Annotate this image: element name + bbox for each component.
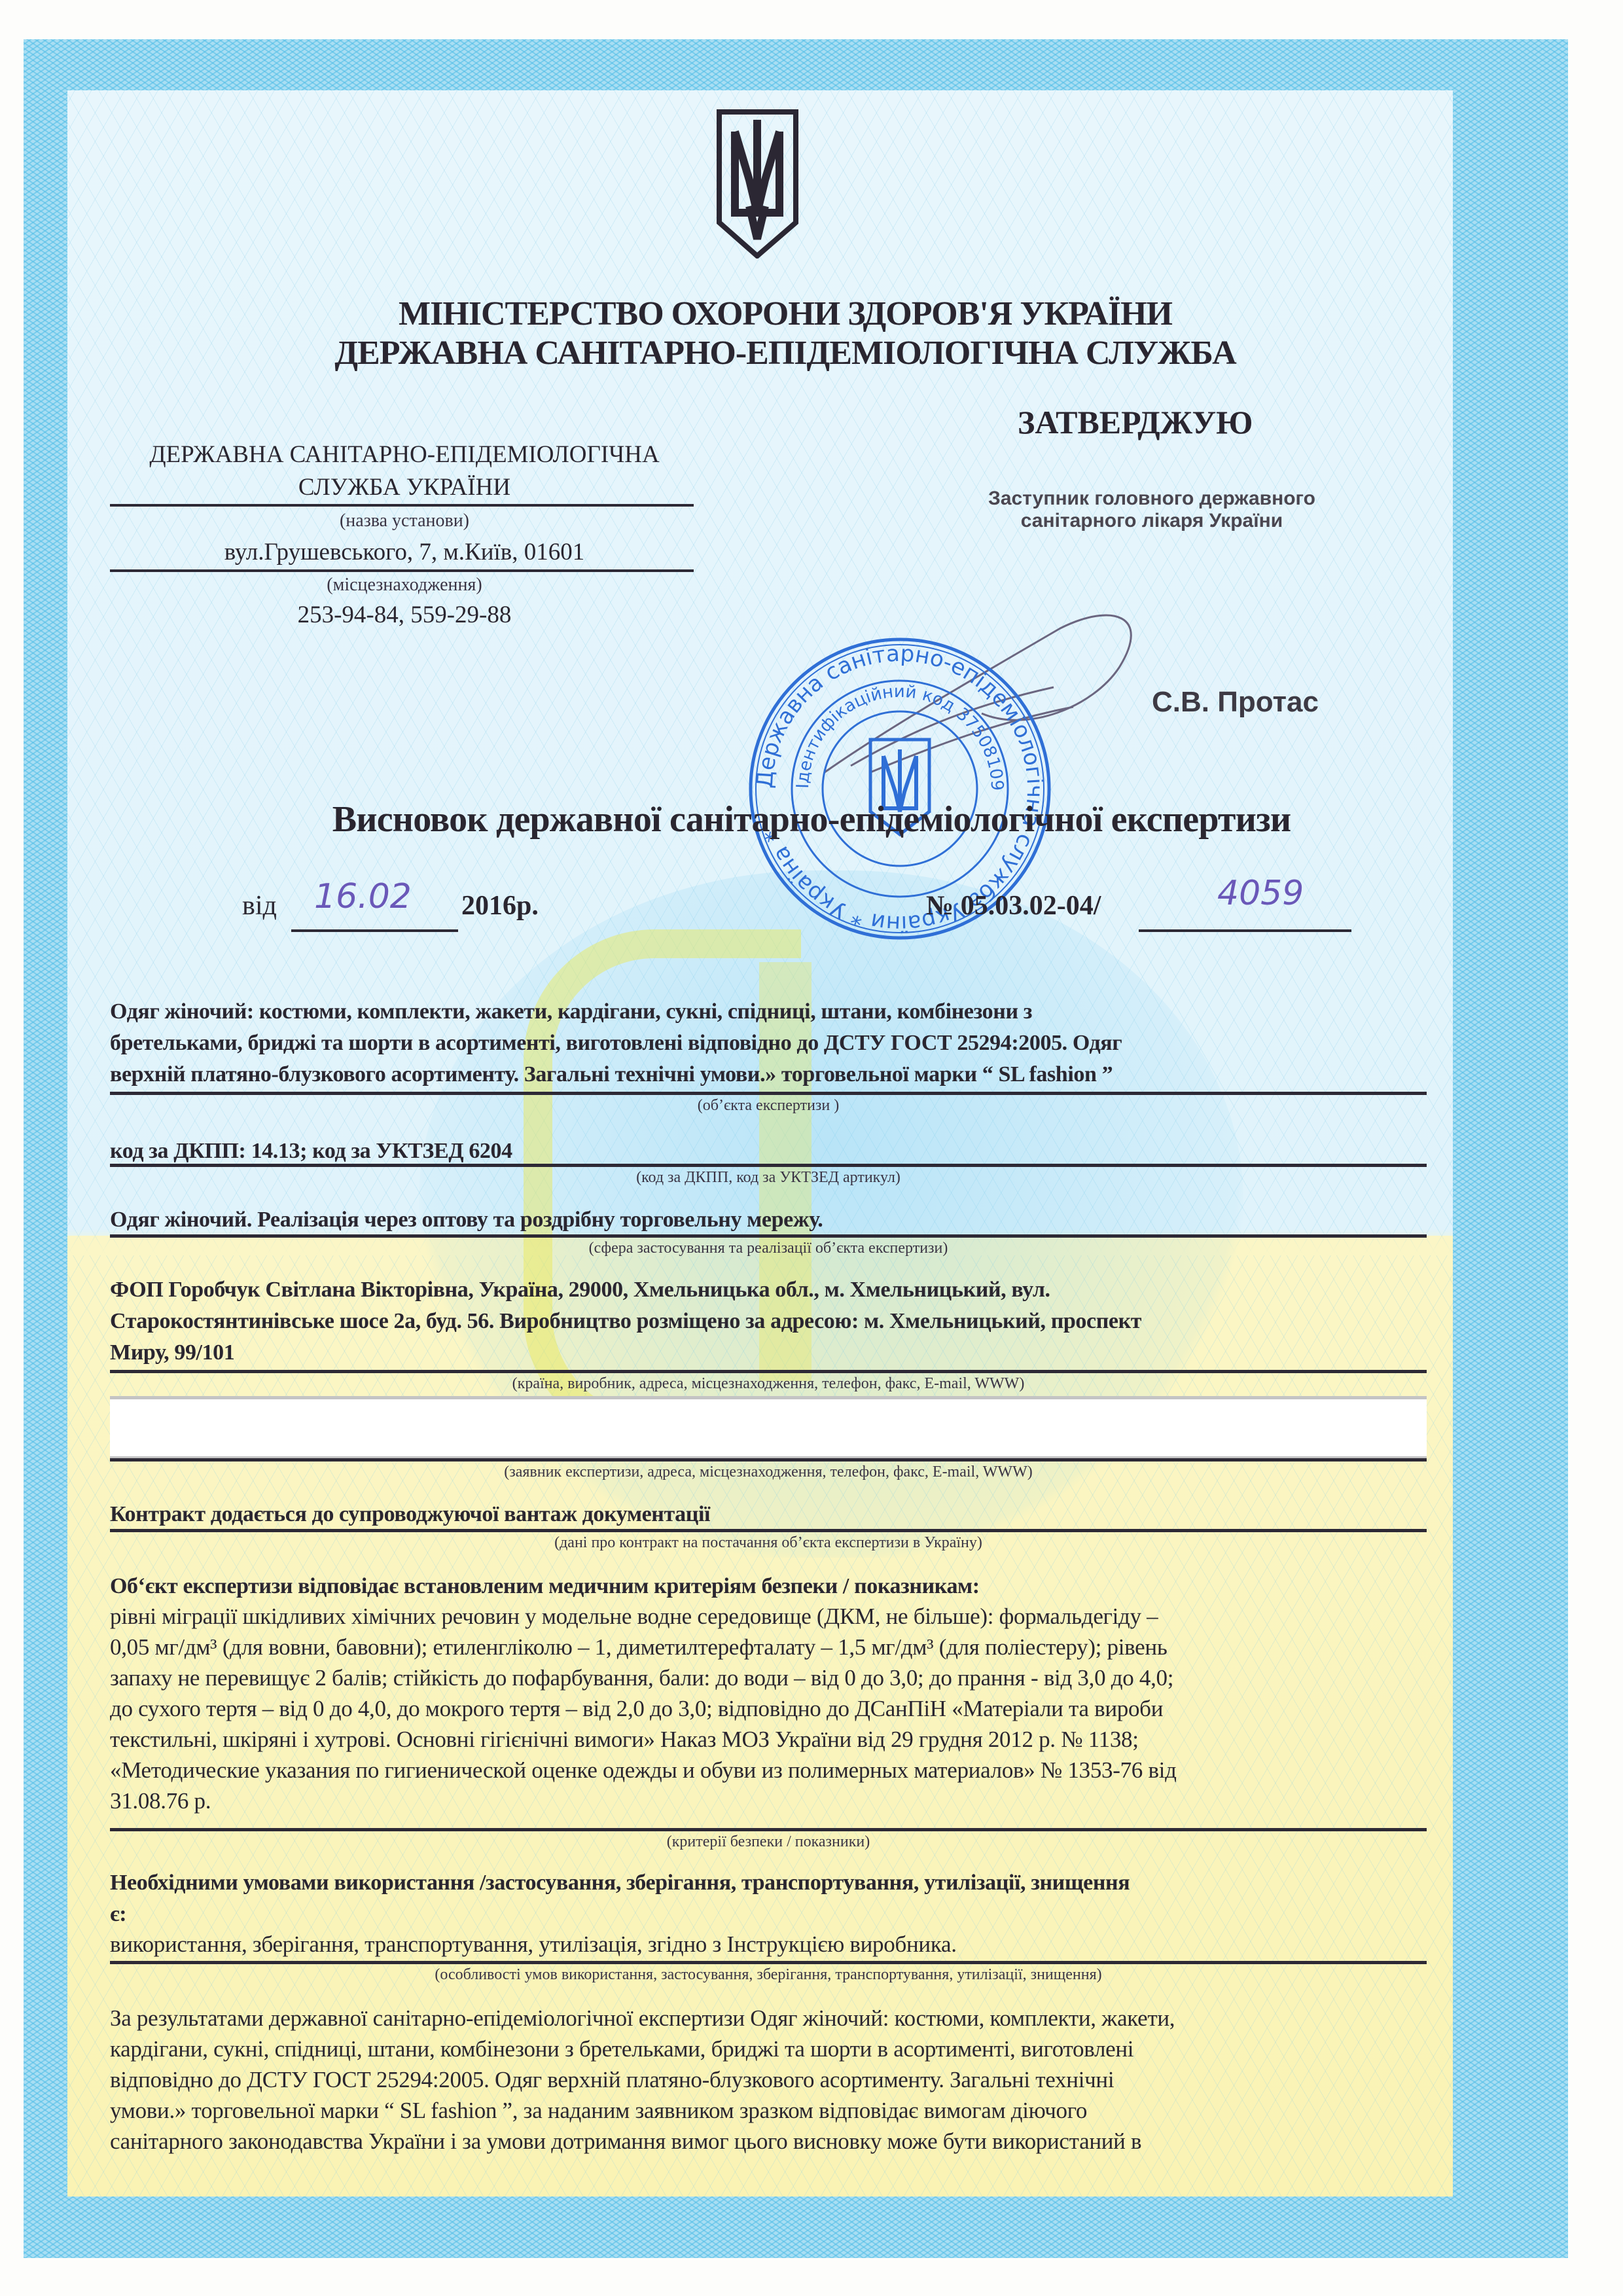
conclusion-text: За результатами державної санітарно-епід… <box>110 2003 1471 2157</box>
divider <box>110 569 694 572</box>
signer-name: С.В. Протас <box>1152 686 1319 719</box>
object-line: верхній платяно-блузкового асортименту. … <box>110 1059 1445 1090</box>
manufacturer-line: ФОП Горобчук Світлана Вікторівна, Україн… <box>110 1274 1458 1306</box>
institution-name-line2: СЛУЖБА УКРАЇНИ <box>110 471 699 504</box>
product-codes: код за ДКПП: 14.13; код за УКТЗЕД 6204 <box>110 1136 1445 1167</box>
conditions-caption: (особливості умов використання, застосув… <box>110 1966 1427 1984</box>
approver-position-line1: Заступник головного державного <box>942 488 1361 510</box>
scope-caption: (сфера застосування та реалізації об’єкт… <box>110 1240 1427 1257</box>
number-prefix: № 05.03.02-04/ <box>926 890 1101 922</box>
divider <box>110 1828 1427 1831</box>
divider <box>110 1234 1427 1238</box>
divider <box>110 1370 1427 1373</box>
institution-name-caption: (назва установи) <box>110 511 699 531</box>
approval-title: ЗАТВЕРДЖУЮ <box>1018 403 1253 441</box>
number-handwritten: 4059 <box>1217 874 1304 913</box>
criteria-line: 0,05 мг/дм³ (для вовни, бавовни); етилен… <box>110 1632 1471 1662</box>
conditions-heading-line: є: <box>110 1899 1458 1930</box>
conclusion-line: санітарного законодавства України і за у… <box>110 2126 1471 2157</box>
divider <box>110 1529 1427 1532</box>
conclusion-line: відповідно до ДСТУ ГОСТ 25294:2005. Одяг… <box>110 2064 1471 2095</box>
institution-address-caption: (місцезнаходження) <box>110 575 699 596</box>
approver-position-line2: санітарного лікаря України <box>942 510 1361 532</box>
contract-info: Контракт додається до супроводжуючої ван… <box>110 1499 1445 1530</box>
applicant-redacted-box <box>110 1396 1427 1460</box>
ministry-title: МІНІСТЕРСТВО ОХОРОНИ ЗДОРОВ'Я УКРАЇНИ <box>262 295 1309 333</box>
criteria-caption: (критерії безпеки / показники) <box>110 1833 1427 1851</box>
criteria-heading: Об‘єкт експертизи відповідає встановлени… <box>110 1571 1458 1602</box>
divider <box>110 504 694 507</box>
service-title: ДЕРЖАВНА САНІТАРНО-ЕПІДЕМІОЛОГІЧНА СЛУЖБ… <box>262 334 1309 372</box>
criteria-line: текстильні, шкіряні і хутрові. Основні г… <box>110 1724 1471 1755</box>
institution-address: вул.Грушевського, 7, м.Київ, 01601 <box>110 538 699 566</box>
institution-name: ДЕРЖАВНА САНІТАРНО-ЕПІДЕМІОЛОГІЧНА СЛУЖБ… <box>110 439 699 504</box>
trident-coat-of-arms-icon <box>717 108 798 259</box>
manufacturer-line: Старокостянтинівське шосе 2а, буд. 56. В… <box>110 1306 1458 1337</box>
date-handwritten: 16.02 <box>314 877 412 916</box>
criteria-line: до сухого тертя – від 0 до 4,0, до мокро… <box>110 1693 1471 1724</box>
conditions-heading: Необхідними умовами використання /застос… <box>110 1867 1458 1930</box>
manufacturer-line: Миру, 99/101 <box>110 1337 1458 1369</box>
conclusion-line: кардігани, сукні, спідниці, штани, комбі… <box>110 2034 1471 2064</box>
number-underline <box>1139 929 1351 932</box>
object-line: бретельками, бриджі та шорти в асортимен… <box>110 1028 1445 1059</box>
divider <box>110 1092 1427 1095</box>
year-label: 2016р. <box>461 890 539 922</box>
codes-caption: (код за ДКПП, код за УКТЗЕД артикул) <box>110 1169 1427 1187</box>
criteria-line: «Методические указания по гигиенической … <box>110 1755 1471 1785</box>
approver-position: Заступник головного державного санітарно… <box>942 488 1361 532</box>
divider <box>110 1458 1427 1462</box>
scope-of-use: Одяг жіночий. Реалізація через оптову та… <box>110 1204 1445 1236</box>
object-caption: (об’єкта експертизи ) <box>110 1097 1427 1115</box>
manufacturer-caption: (країна, виробник, адреса, місцезнаходже… <box>110 1375 1427 1393</box>
object-line: Одяг жіночий: костюми, комплекти, жакети… <box>110 996 1445 1028</box>
divider <box>110 1961 1427 1964</box>
manufacturer: ФОП Горобчук Світлана Вікторівна, Україн… <box>110 1274 1458 1369</box>
conditions-heading-line: Необхідними умовами використання /застос… <box>110 1867 1458 1899</box>
institution-name-line1: ДЕРЖАВНА САНІТАРНО-ЕПІДЕМІОЛОГІЧНА <box>110 439 699 471</box>
date-underline <box>291 929 458 932</box>
contract-caption: (дані про контракт на постачання об’єкта… <box>110 1534 1427 1552</box>
conclusion-line: умови.» торговельної марки “ SL fashion … <box>110 2095 1471 2126</box>
date-prefix: від <box>242 890 277 922</box>
criteria-line: 31.08.76 р. <box>110 1785 1471 1816</box>
divider <box>110 1164 1427 1167</box>
object-of-expertise: Одяг жіночий: костюми, комплекти, жакети… <box>110 996 1445 1090</box>
criteria-line: запаху не перевищує 2 балів; стійкість д… <box>110 1662 1471 1693</box>
document-title: Висновок державної санітарно-епідеміолог… <box>131 798 1492 840</box>
conclusion-line: За результатами державної санітарно-епід… <box>110 2003 1471 2034</box>
applicant-caption: (заявник експертизи, адреса, місцезнаход… <box>110 1463 1427 1481</box>
criteria-line: рівні міграції шкідливих хімічних речови… <box>110 1601 1471 1632</box>
conditions-text: використання, зберігання, транспортуванн… <box>110 1929 1458 1960</box>
criteria-text: рівні міграції шкідливих хімічних речови… <box>110 1601 1471 1816</box>
institution-phones: 253-94-84, 559-29-88 <box>110 601 699 629</box>
